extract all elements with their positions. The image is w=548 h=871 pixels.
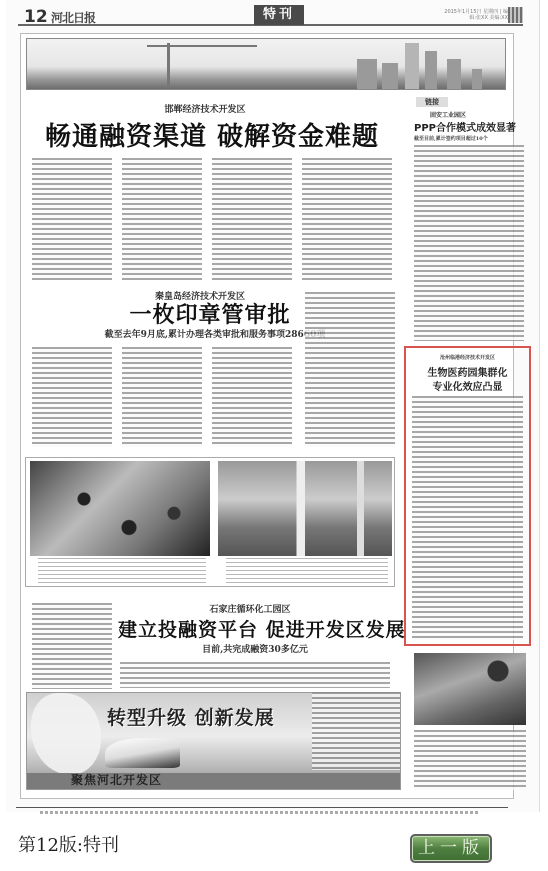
hebei-map-icon (31, 693, 101, 775)
second-article-body (212, 347, 292, 447)
train-icon (105, 738, 180, 768)
side-tag: 链接 (416, 97, 448, 107)
building (357, 59, 377, 89)
factory-photo-left (30, 461, 210, 556)
paper-name: 河北日报 (51, 9, 95, 26)
main-article-headline[interactable]: 畅通融资渠道 破解资金难题 (32, 116, 392, 153)
building (447, 59, 461, 89)
promo-title: 转型升级 创新发展 (107, 703, 275, 730)
photo-caption-left (38, 558, 206, 584)
second-article-headline[interactable]: 一枚印章管审批 (110, 298, 310, 329)
footer-microtext (40, 811, 480, 814)
building (382, 63, 398, 89)
main-article-body (302, 158, 392, 280)
photo-strip (25, 457, 395, 587)
third-article-headline[interactable]: 建立投融资平台 促进开发区发展 (118, 615, 398, 642)
boxed-article-kicker: 沧州临港经济技术开发区 (406, 354, 529, 361)
third-article-body (120, 662, 390, 688)
side-article-kicker: 固安工业园区 (430, 110, 466, 119)
second-article-body (32, 347, 112, 447)
qr-code-icon (508, 7, 523, 23)
masthead: 12 河北日报 特刊 2015年1月15日 星期四 | 编辑:张XX 美编:XX (18, 6, 523, 26)
side-article-subhead: 截至目前,累计签约项目超过10个 (414, 135, 488, 142)
photo-caption-right (226, 558, 388, 584)
highlighted-article-box[interactable]: 沧州临港经济技术开发区 生物医药园集群化 专业化效应凸显 (404, 346, 531, 646)
main-article-body (32, 158, 112, 280)
side-article-headline[interactable]: PPP合作模式成效显著 (414, 119, 516, 134)
promo-side-text (312, 692, 400, 770)
third-article-kicker: 石家庄循环化工园区 (190, 602, 310, 615)
previous-page-button[interactable]: 上一版 (410, 834, 492, 863)
main-article-body (122, 158, 202, 280)
crane-arm (147, 45, 257, 47)
page-label: 第12版:特刊 (18, 831, 119, 857)
factory-photo-right (218, 461, 392, 556)
crane-icon (167, 43, 170, 87)
third-article-lead (32, 603, 112, 689)
main-article-kicker: 邯郸经济技术开发区 (130, 102, 280, 115)
building (425, 51, 437, 89)
banner-image (26, 38, 506, 90)
lab-worker-photo (414, 653, 526, 725)
second-article-body (122, 347, 202, 447)
boxed-article-body (412, 396, 523, 640)
promo-footer: 聚焦河北开发区 (71, 771, 162, 788)
second-article-body (305, 292, 395, 447)
main-article-body (212, 158, 292, 280)
boxed-article-headline-1: 生物医药园集群化 (406, 364, 529, 379)
building (472, 69, 482, 89)
page-number: 12 (24, 7, 48, 27)
edition-info: 2015年1月15日 星期四 | 编辑:张XX 美编:XX (438, 9, 508, 21)
photo3-caption (414, 730, 526, 790)
boxed-article-headline-2: 专业化效应凸显 (406, 378, 529, 393)
building (405, 43, 419, 89)
section-tab: 特刊 (254, 5, 304, 25)
third-article-subhead: 目前,共完成融资30多亿元 (175, 642, 335, 655)
side-article-body (414, 145, 524, 341)
footer-rule (16, 807, 508, 808)
